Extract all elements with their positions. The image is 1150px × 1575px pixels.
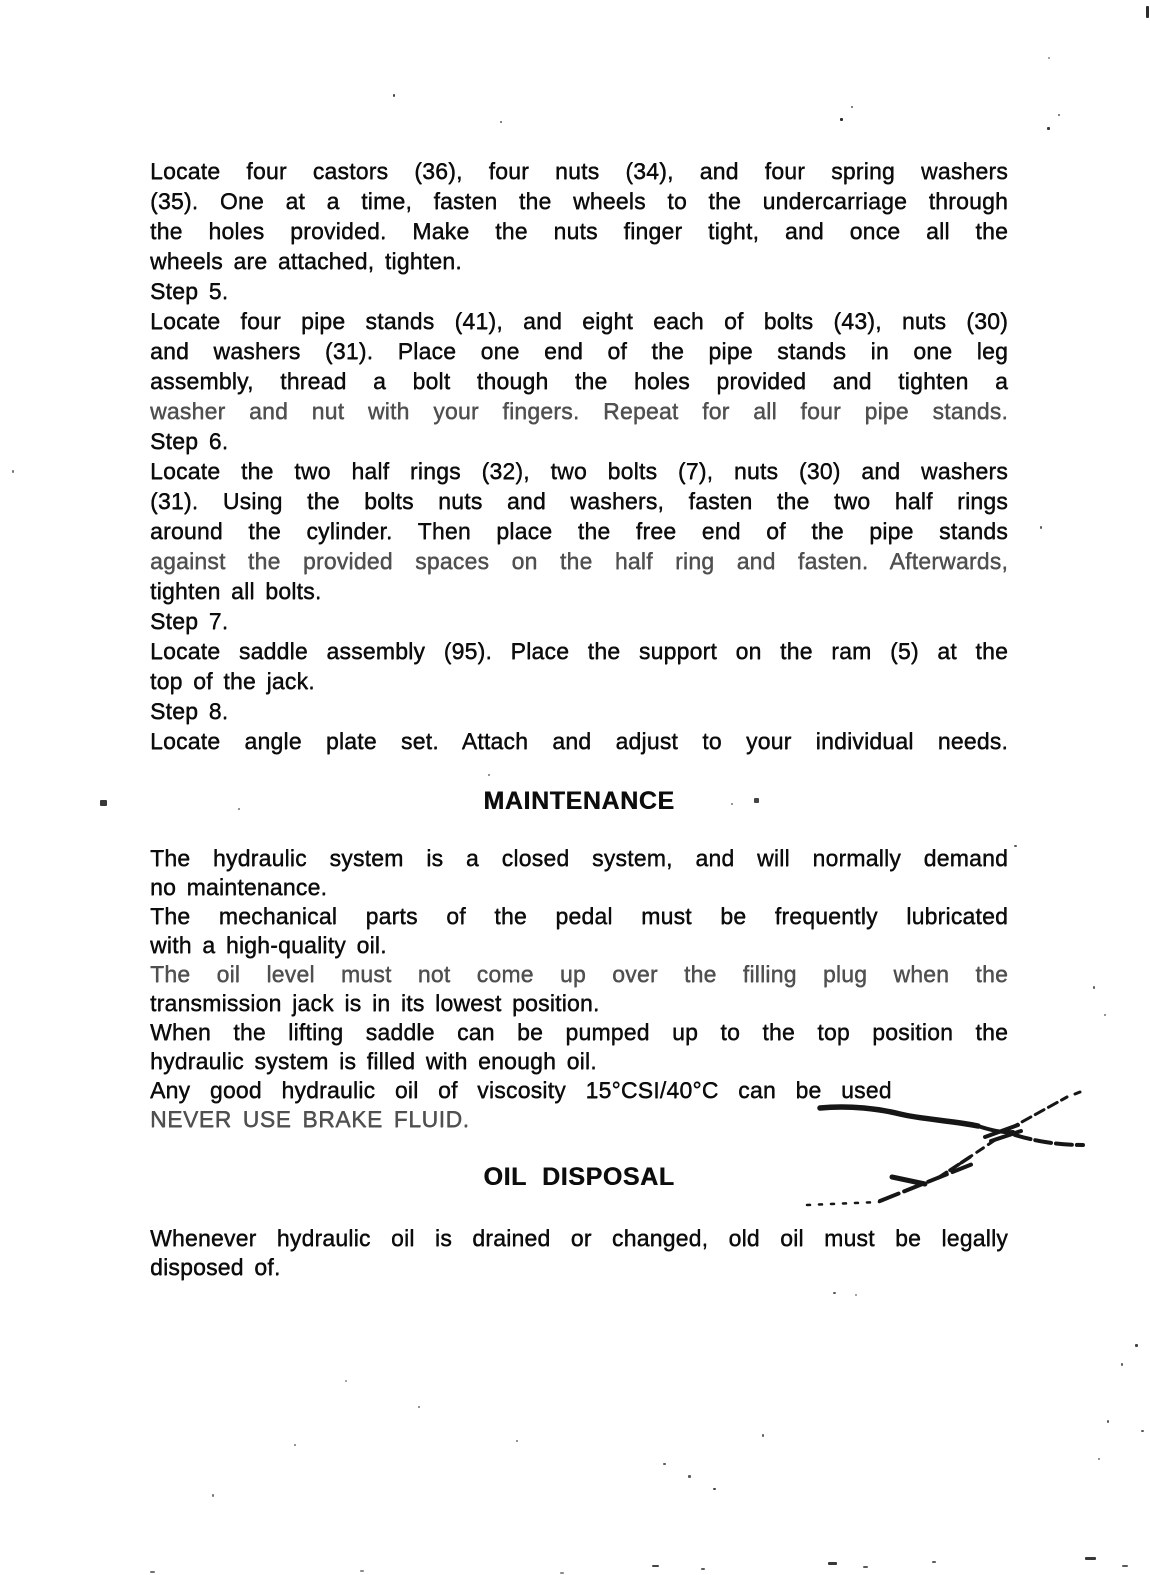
step-7-line: Locate saddle assembly (95). Place the s… <box>150 636 1008 666</box>
maintenance-heading: MAINTENANCE <box>150 786 1008 816</box>
maintenance-line: The hydraulic system is a closed system,… <box>150 844 1008 873</box>
scan-speck <box>663 1463 666 1465</box>
maintenance-line: with a high-quality oil. <box>150 931 1008 960</box>
scan-speck <box>1146 6 1149 18</box>
maintenance-line: The mechanical parts of the pedal must b… <box>150 902 1008 931</box>
maintenance-line: The oil level must not come up over the … <box>150 960 1008 989</box>
scan-speck <box>1107 1420 1109 1423</box>
maintenance-line: transmission jack is in its lowest posit… <box>150 989 1008 1018</box>
scan-speck <box>1047 127 1050 130</box>
scan-speck <box>212 1494 214 1497</box>
scan-speck <box>100 800 107 806</box>
scan-speck <box>1048 57 1050 59</box>
scan-speck <box>754 798 759 803</box>
scan-speck <box>1040 526 1042 529</box>
scan-speck <box>345 1380 347 1382</box>
scan-speck <box>238 808 240 810</box>
scan-speck <box>701 1568 705 1570</box>
pen-scribble-mark <box>795 1085 1105 1220</box>
scan-speck <box>840 118 843 121</box>
step-6-line: around the cylinder. Then place the free… <box>150 516 1008 546</box>
intro-line: Locate four castors (36), four nuts (34)… <box>150 156 1008 186</box>
scan-speck <box>851 106 853 108</box>
scan-speck <box>516 1440 518 1442</box>
oil-disposal-line: Whenever hydraulic oil is drained or cha… <box>150 1224 1008 1253</box>
scan-speck <box>1122 1565 1128 1567</box>
intro-line: wheels are attached, tighten. <box>150 246 1008 276</box>
scanned-manual-page: Locate four castors (36), four nuts (34)… <box>0 0 1150 1575</box>
scan-speck <box>1141 1430 1144 1432</box>
scan-speck <box>12 470 14 473</box>
scan-speck <box>1058 114 1060 116</box>
scan-speck <box>1098 1458 1100 1460</box>
maintenance-line: When the lifting saddle can be pumped up… <box>150 1018 1008 1047</box>
scan-speck <box>1121 1363 1123 1366</box>
scan-speck <box>360 1570 364 1572</box>
scan-speck <box>932 1561 936 1563</box>
step-5-line: and washers (31). Place one end of the p… <box>150 336 1008 366</box>
scan-speck <box>1014 845 1017 847</box>
step-8-line: Locate angle plate set. Attach and adjus… <box>150 726 1008 756</box>
scan-speck <box>393 94 395 97</box>
scan-speck <box>652 1565 659 1567</box>
scan-speck <box>500 121 502 123</box>
intro-line: the holes provided. Make the nuts finger… <box>150 216 1008 246</box>
scan-speck <box>1093 986 1095 989</box>
scan-speck <box>855 1294 857 1296</box>
maintenance-line: no maintenance. <box>150 873 1008 902</box>
step-6-line: tighten all bolts. <box>150 576 1008 606</box>
step-5-line: washer and nut with your fingers. Repeat… <box>150 396 1008 426</box>
scan-speck <box>762 1434 764 1437</box>
step-7-label: Step 7. <box>150 606 1008 636</box>
scan-speck <box>1135 1344 1138 1347</box>
step-5-line: assembly, thread a bolt though the holes… <box>150 366 1008 396</box>
scan-speck <box>1104 1014 1106 1016</box>
step-6-line: (31). Using the bolts nuts and washers, … <box>150 486 1008 516</box>
step-6-line: Locate the two half rings (32), two bolt… <box>150 456 1008 486</box>
scan-speck <box>731 803 733 805</box>
step-6-line: against the provided spaces on the half … <box>150 546 1008 576</box>
scan-speck <box>294 1444 296 1446</box>
step-5-line: Locate four pipe stands (41), and eight … <box>150 306 1008 336</box>
step-6-label: Step 6. <box>150 426 1008 456</box>
scan-speck <box>713 1488 716 1490</box>
step-7-line: top of the jack. <box>150 666 1008 696</box>
scan-speck <box>833 1292 836 1294</box>
step-8-label: Step 8. <box>150 696 1008 726</box>
scan-speck <box>1085 1557 1096 1560</box>
scan-speck <box>560 1572 564 1574</box>
oil-disposal-line: disposed of. <box>150 1253 1008 1282</box>
maintenance-line: hydraulic system is filled with enough o… <box>150 1047 1008 1076</box>
scan-speck <box>418 1406 420 1408</box>
intro-line: (35). One at a time, fasten the wheels t… <box>150 186 1008 216</box>
scan-speck <box>150 1571 155 1573</box>
scan-speck <box>863 1566 868 1568</box>
scan-speck <box>488 774 490 776</box>
step-5-label: Step 5. <box>150 276 1008 306</box>
scan-speck <box>688 1475 691 1478</box>
scan-speck <box>828 1562 837 1565</box>
